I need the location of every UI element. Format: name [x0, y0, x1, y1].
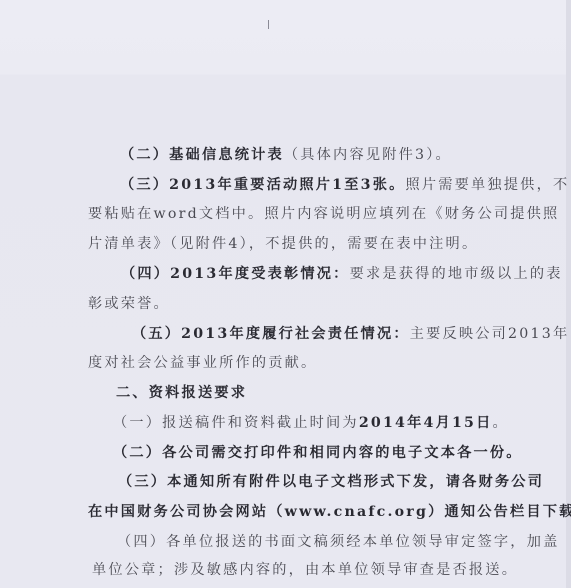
- item-heading: （四）2013年度受表彰情况：: [121, 266, 350, 282]
- section-item-2-basic-stats: （二）基础信息统计表（具体内容见附件3）。: [120, 146, 452, 164]
- item-text: 彰或荣誉。: [88, 296, 170, 312]
- item-text: （具体内容见附件3）。: [284, 147, 452, 163]
- item-text: （四）各单位报送的书面文稿须经本单位领导审定签字，加盖: [117, 534, 559, 550]
- item-text: 主要反映公司2013年: [410, 326, 570, 342]
- item-heading: （三）2013年重要活动照片1至3张。: [120, 177, 405, 193]
- item-text: 在中国财务公司协会网站（www.cnafc.org）通知公告栏目下载。: [88, 504, 571, 520]
- item-text: （三）本通知所有附件以电子文档形式下发，请各财务公司: [118, 474, 544, 490]
- deadline-date: 2014年4月15日: [359, 415, 493, 431]
- item-text: 片清单表》（见附件4），不提供的，需要在表中注明。: [88, 236, 478, 252]
- section-item-5-social-responsibility: （五）2013年度履行社会责任情况：主要反映公司2013年: [132, 325, 569, 343]
- item-heading: （二）基础信息统计表: [120, 147, 284, 163]
- paragraph-line: 度对社会公益事业所作的贡献。: [88, 354, 317, 372]
- page-mark: [268, 20, 269, 29]
- item-text: 度对社会公益事业所作的贡献。: [88, 355, 317, 371]
- requirement-4-approval: （四）各单位报送的书面文稿须经本单位领导审定签字，加盖: [117, 533, 559, 551]
- page-edge: [566, 0, 571, 588]
- item-text: 要求是获得的地市级以上的表: [350, 266, 563, 282]
- requirement-2-copies: （二）各公司需交打印件和相同内容的电子文本各一份。: [113, 444, 523, 462]
- section-heading: 二、资料报送要求: [116, 385, 247, 401]
- item-text: 照片需要单独提供，不: [405, 177, 569, 193]
- item-text: 。: [493, 415, 509, 431]
- requirement-1-deadline: （一）报送稿件和资料截止时间为2014年4月15日。: [113, 414, 509, 432]
- item-text: （一）报送稿件和资料截止时间为: [113, 415, 359, 431]
- section-item-4-awards: （四）2013年度受表彰情况：要求是获得的地市级以上的表: [121, 265, 563, 283]
- item-text: （二）各公司需交打印件和相同内容的电子文本各一份。: [113, 445, 523, 461]
- item-heading: （五）2013年度履行社会责任情况：: [132, 326, 410, 342]
- section-item-3-photos: （三）2013年重要活动照片1至3张。照片需要单独提供，不: [120, 176, 569, 194]
- document-page: （二）基础信息统计表（具体内容见附件3）。 （三）2013年重要活动照片1至3张…: [0, 0, 571, 588]
- requirement-3-attachments: （三）本通知所有附件以电子文档形式下发，请各财务公司: [118, 473, 544, 491]
- paragraph-line: 片清单表》（见附件4），不提供的，需要在表中注明。: [88, 235, 478, 253]
- paragraph-line: 单位公章；涉及敏感内容的，由本单位领导审查是否报送。: [92, 561, 518, 579]
- paragraph-line: 彰或荣誉。: [88, 295, 170, 313]
- paragraph-line-website: 在中国财务公司协会网站（www.cnafc.org）通知公告栏目下载。: [88, 503, 571, 521]
- item-text: 单位公章；涉及敏感内容的，由本单位领导审查是否报送。: [92, 562, 518, 578]
- item-text: 要粘贴在word文档中。照片内容说明应填列在《财务公司提供照: [88, 206, 559, 222]
- section-heading-submission-requirements: 二、资料报送要求: [116, 384, 247, 402]
- paragraph-line: 要粘贴在word文档中。照片内容说明应填列在《财务公司提供照: [88, 205, 559, 223]
